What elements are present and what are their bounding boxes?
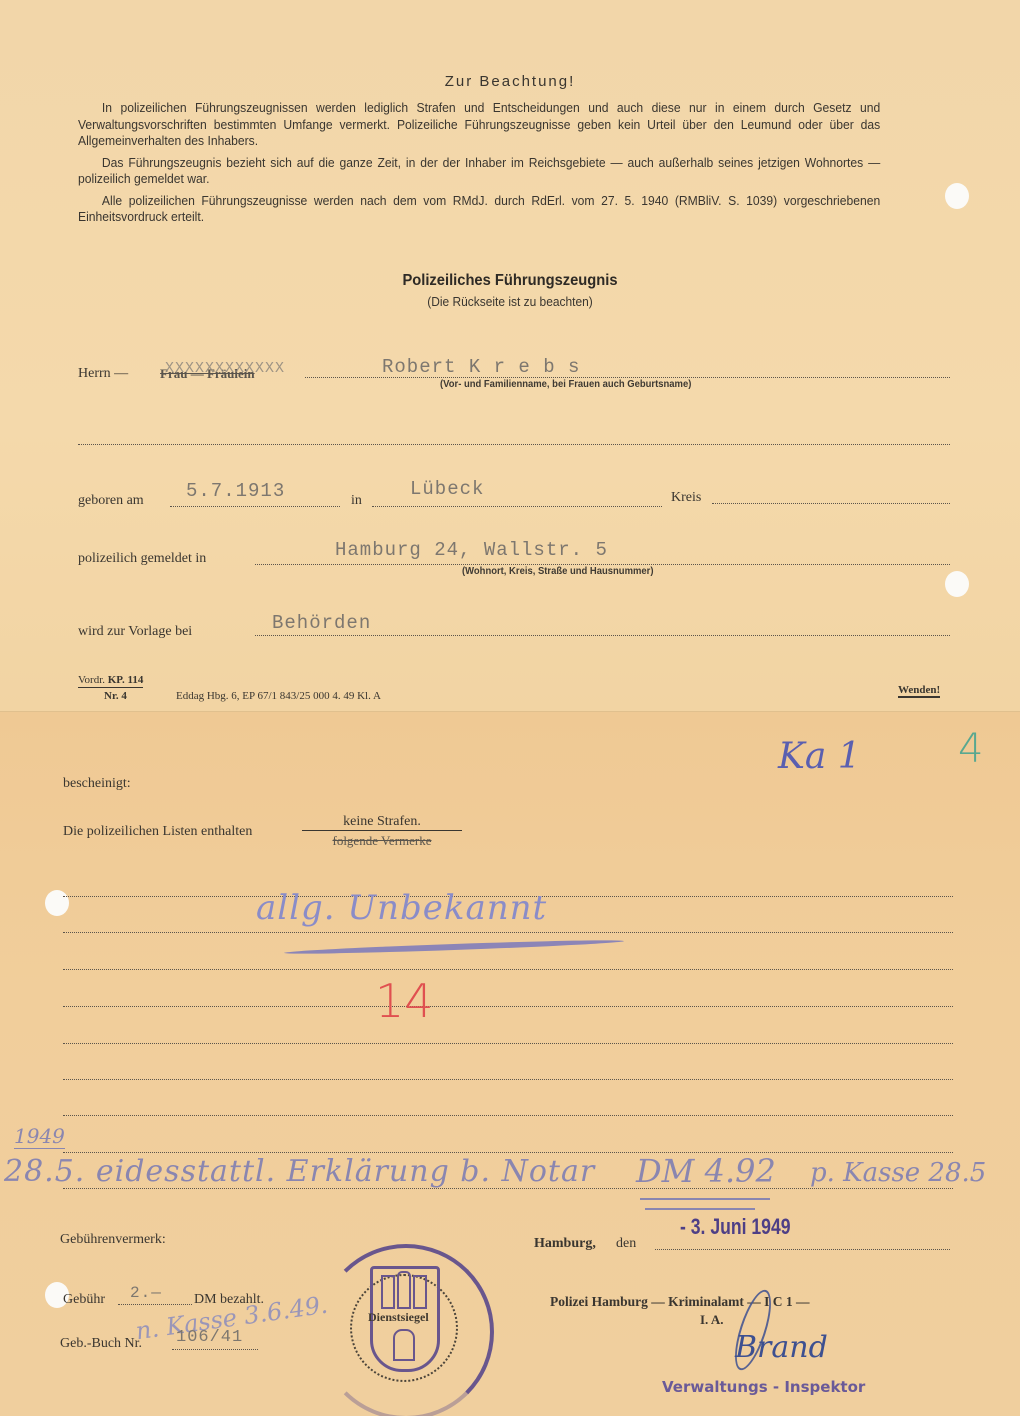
amount-underline bbox=[645, 1208, 755, 1210]
registration-hint: (Wohnort, Kreis, Straße und Hausnummer) bbox=[462, 565, 653, 577]
handwritten-green-number: 4 bbox=[958, 726, 983, 772]
nr-label: Nr. 4 bbox=[104, 690, 127, 702]
turn-over-label: Wenden! bbox=[898, 684, 940, 698]
handwritten-ka-note: Ka 1 bbox=[778, 736, 861, 777]
handwritten-paid-note: p. Kasse 28.5 bbox=[810, 1158, 986, 1188]
tower-icon bbox=[413, 1275, 427, 1309]
tower-icon bbox=[381, 1275, 395, 1309]
blank-line bbox=[78, 444, 950, 445]
lists-label: Die polizeilichen Listen enthalten bbox=[63, 824, 252, 840]
den-label: den bbox=[616, 1236, 636, 1252]
remark-line bbox=[63, 1043, 953, 1044]
place-label: Hamburg, bbox=[534, 1236, 596, 1252]
handwritten-amount: DM 4.92 bbox=[636, 1152, 776, 1190]
presentation-line bbox=[255, 635, 950, 636]
kreis-line[interactable] bbox=[712, 503, 950, 504]
form-number: Vordr. KP. 114 bbox=[78, 674, 143, 688]
official-seal: Dienstsiegel bbox=[318, 1244, 494, 1416]
birth-place-line bbox=[372, 506, 662, 507]
ia-label: I. A. bbox=[700, 1312, 723, 1328]
date-line bbox=[655, 1249, 950, 1250]
tower-icon bbox=[397, 1271, 411, 1309]
overtype-x: XXXXXXXXXXXX bbox=[165, 360, 285, 377]
punch-hole bbox=[945, 183, 969, 209]
handwritten-red-number: 14 bbox=[375, 974, 434, 1028]
handwritten-notary-note: 28.5. eidesstattl. Erklärung b. Notar bbox=[4, 1154, 595, 1189]
kreis-label: Kreis bbox=[671, 490, 701, 506]
registered-label: polizeilich gemeldet in bbox=[78, 551, 206, 567]
book-line bbox=[172, 1349, 258, 1350]
birth-date-field[interactable]: 5.7.1913 bbox=[186, 480, 285, 502]
printer-info: Eddag Hbg. 6, EP 67/1 843/25 000 4. 49 K… bbox=[176, 690, 381, 702]
book-label: Geb.-Buch Nr. bbox=[60, 1336, 142, 1352]
in-label: in bbox=[351, 493, 362, 509]
remark-line bbox=[63, 1115, 953, 1116]
notice-paragraph-1: In polizeilichen Führungszeugnissen werd… bbox=[78, 100, 880, 150]
remark-line bbox=[63, 932, 953, 933]
name-field[interactable]: Robert K r e b s bbox=[382, 356, 580, 378]
birth-date-line bbox=[170, 506, 340, 507]
registration-field[interactable]: Hamburg 24, Wallstr. 5 bbox=[335, 539, 608, 561]
fee-note-label: Gebührenvermerk: bbox=[60, 1232, 166, 1248]
blue-underline bbox=[284, 938, 624, 956]
notice-paragraph-2: Das Führungszeugnis bezieht sich auf die… bbox=[78, 155, 880, 188]
handwritten-year: 1949 bbox=[14, 1124, 65, 1149]
notice-text: In polizeilichen Führungszeugnissen werd… bbox=[78, 100, 880, 231]
notice-title: Zur Beachtung! bbox=[0, 73, 1020, 90]
amount-underline bbox=[640, 1198, 770, 1200]
remark-line bbox=[63, 1079, 953, 1080]
notice-paragraph-3: Alle polizeilichen Führungszeugnisse wer… bbox=[78, 193, 880, 226]
gate-icon bbox=[393, 1329, 415, 1361]
born-label: geboren am bbox=[78, 493, 144, 509]
punch-hole bbox=[45, 890, 69, 916]
salutation-label: Herrn — bbox=[78, 366, 128, 382]
name-hint: (Vor- und Familienname, bei Frauen auch … bbox=[440, 378, 691, 390]
punch-hole bbox=[945, 571, 969, 597]
date-stamp: - 3. Juni 1949 bbox=[680, 1214, 791, 1240]
seal-text: Dienstsiegel bbox=[368, 1310, 429, 1325]
form-front-sheet: Zur Beachtung! In polizeilichen Führungs… bbox=[0, 0, 1020, 712]
kp-number: KP. 114 bbox=[108, 674, 144, 686]
presentation-label: wird zur Vorlage bei bbox=[78, 624, 192, 640]
fee-field[interactable]: 2.— bbox=[130, 1284, 162, 1302]
handwritten-remark: allg. Unbekannt bbox=[256, 888, 547, 928]
lists-option-none: keine Strafen. bbox=[302, 814, 462, 831]
certified-label: bescheinigt: bbox=[63, 776, 131, 792]
birth-place-field[interactable]: Lübeck bbox=[410, 478, 484, 500]
form-back-sheet: bescheinigt: Ka 1 4 Die polizeilichen Li… bbox=[0, 712, 1020, 1416]
fee-label: Gebühr bbox=[63, 1292, 105, 1308]
remark-line bbox=[63, 1006, 953, 1007]
label-herrn: Herrn — bbox=[78, 366, 128, 381]
form-title: Polizeiliches Führungszeugnis bbox=[41, 272, 979, 290]
book-number-field[interactable]: 106/41 bbox=[176, 1328, 243, 1347]
fee-line bbox=[118, 1304, 192, 1305]
signer-title-stamp: Verwaltungs - Inspektor bbox=[662, 1378, 865, 1396]
vordr-label: Vordr. bbox=[78, 674, 105, 686]
presentation-field[interactable]: Behörden bbox=[272, 612, 371, 634]
lists-option-struck: folgende Vermerke bbox=[302, 833, 462, 849]
remark-line bbox=[63, 969, 953, 970]
remark-line bbox=[63, 1152, 953, 1153]
form-subtitle: (Die Rückseite ist zu beachten) bbox=[41, 294, 979, 309]
